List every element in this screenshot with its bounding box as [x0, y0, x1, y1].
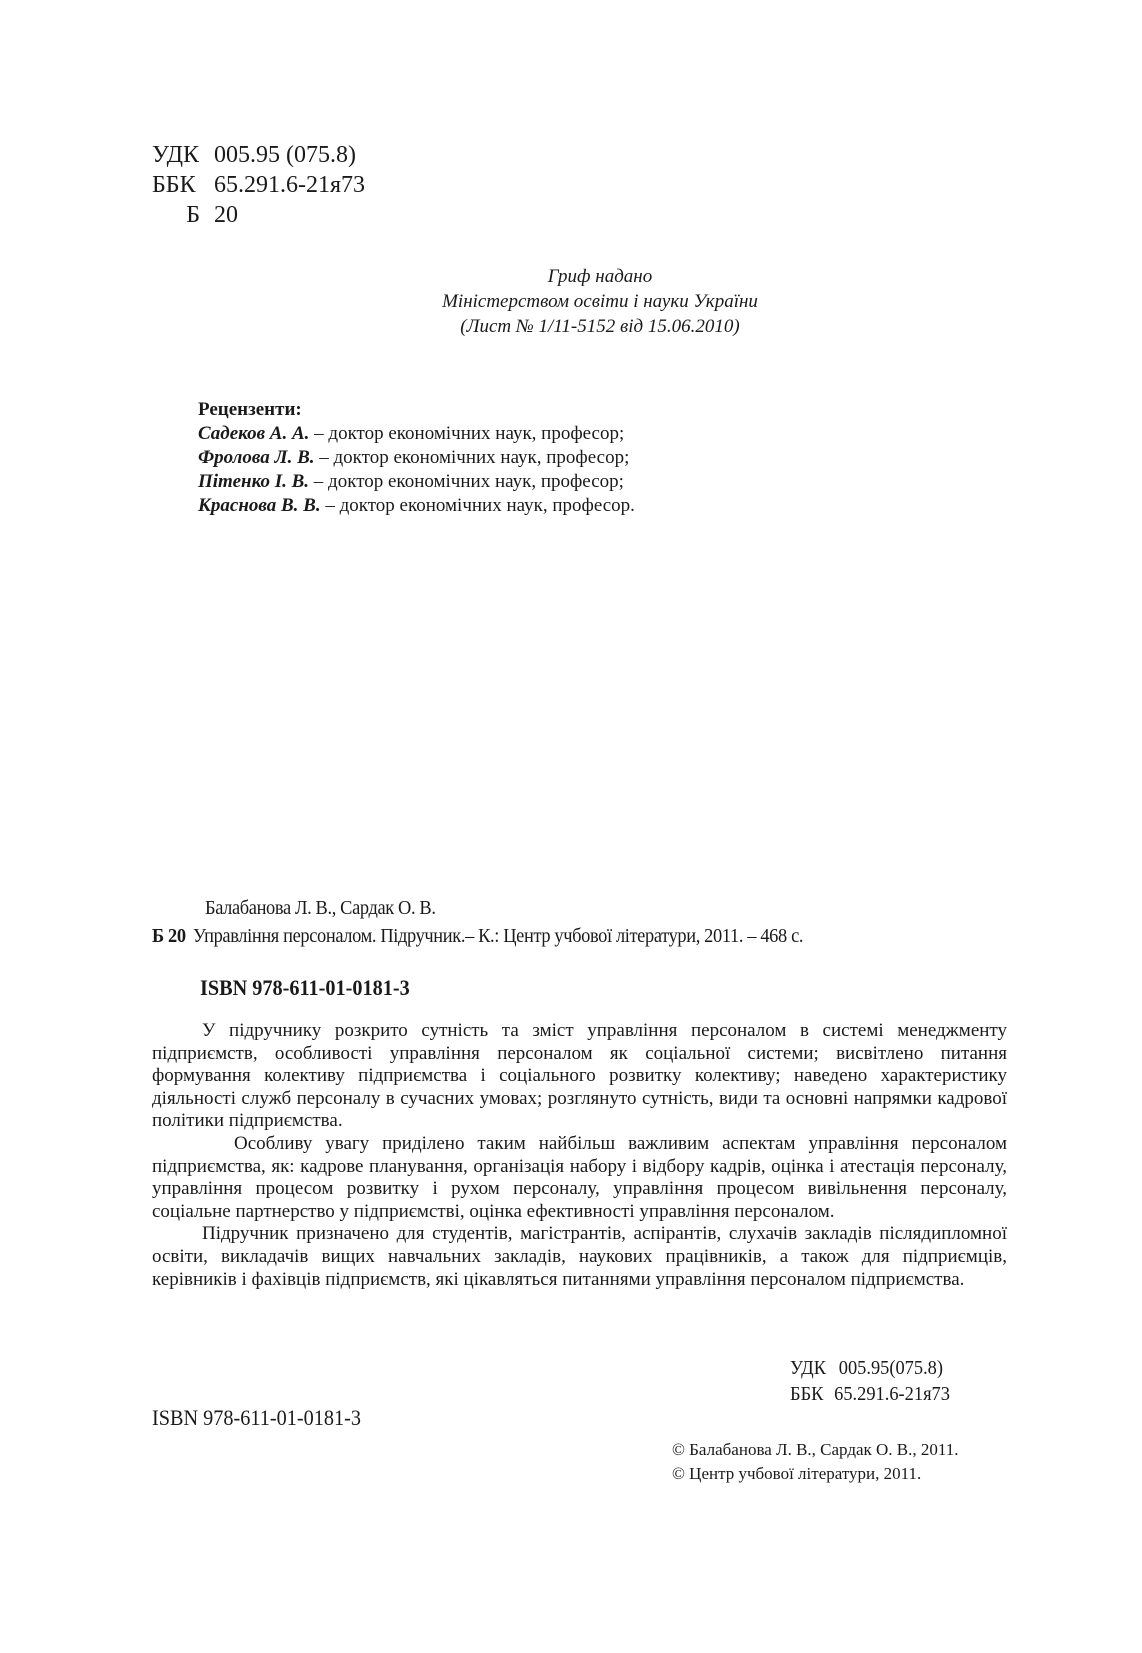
abstract: У підручнику розкрито сутність та зміст … — [152, 1020, 1007, 1291]
reviewer-item: Фролова Л. В. – доктор економічних наук,… — [198, 446, 635, 470]
reviewer-name: Пітенко І. В. — [198, 471, 309, 492]
reviewer-role: – доктор економічних наук, професор. — [321, 495, 635, 516]
footer-udk-value: 005.95(075.8) — [839, 1357, 943, 1379]
footer-isbn: ISBN 978-611-01-0181-3 — [152, 1405, 361, 1431]
footer-classification: УДК 005.95(075.8) ББК65.291.6-21я73 — [790, 1355, 950, 1407]
bbk-label: ББК — [152, 170, 214, 200]
reviewer-item: Садеков А. А. – доктор економічних наук,… — [198, 422, 635, 446]
bbk-value: 65.291.6-21я73 — [214, 170, 365, 200]
reviewer-role: – доктор економічних наук, професор; — [309, 471, 624, 492]
copyright-block: © Балабанова Л. В., Сардак О. В., 2011. … — [672, 1438, 959, 1486]
reviewer-role: – доктор економічних наук, професор; — [309, 423, 624, 444]
copyright-publisher: © Центр учбової літератури, 2011. — [672, 1462, 959, 1486]
bibliography-entry: Б 20Управління персоналом. Підручник.– К… — [152, 923, 803, 949]
ministry-approval: Гриф надано Міністерством освіти і науки… — [390, 264, 810, 339]
bibliography-sign: Б 20 — [152, 925, 186, 947]
udk-row: УДК 005.95 (075.8) — [152, 140, 365, 170]
grif-line-2: Міністерством освіти і науки України — [390, 289, 810, 314]
reviewer-name: Краснова В. В. — [198, 495, 321, 516]
udk-value: 005.95 (075.8) — [214, 140, 356, 170]
isbn-heading: ISBN 978-611-01-0181-3 — [200, 975, 410, 1001]
footer-bbk-value: 65.291.6-21я73 — [834, 1383, 950, 1405]
author-sign-number: 20 — [214, 200, 238, 230]
reviewers-block: Рецензенти: Садеков А. А. – доктор еконо… — [198, 398, 635, 518]
reviewer-item: Пітенко І. В. – доктор економічних наук,… — [198, 470, 635, 494]
author-sign-letter: Б — [152, 200, 214, 230]
grif-line-3: (Лист № 1/11-5152 від 15.06.2010) — [390, 314, 810, 339]
copyright-authors: © Балабанова Л. В., Сардак О. В., 2011. — [672, 1438, 959, 1462]
reviewer-name: Садеков А. А. — [198, 423, 309, 444]
grif-line-1: Гриф надано — [390, 264, 810, 289]
reviewer-name: Фролова Л. В. — [198, 447, 315, 468]
bbk-row: ББК 65.291.6-21я73 — [152, 170, 365, 200]
abstract-paragraph: Підручник призначено для студентів, магі… — [152, 1223, 1007, 1291]
abstract-paragraph: У підручнику розкрито сутність та зміст … — [152, 1020, 1007, 1133]
reviewer-role: – доктор економічних наук, професор; — [315, 447, 630, 468]
footer-udk-row: УДК 005.95(075.8) — [790, 1355, 950, 1381]
abstract-paragraph: Особливу увагу приділено таким найбільш … — [152, 1133, 1007, 1223]
classification-block: УДК 005.95 (075.8) ББК 65.291.6-21я73 Б … — [152, 140, 365, 230]
udk-label: УДК — [152, 140, 214, 170]
bibliography-authors: Балабанова Л. В., Сардак О. В. — [205, 895, 436, 921]
footer-bbk-row: ББК65.291.6-21я73 — [790, 1381, 950, 1407]
footer-udk-label: УДК — [790, 1355, 834, 1381]
author-sign-row: Б 20 — [152, 200, 365, 230]
bibliography-description: Управління персоналом. Підручник.– К.: Ц… — [193, 925, 803, 947]
footer-bbk-label: ББК — [790, 1381, 834, 1407]
reviewer-item: Краснова В. В. – доктор економічних наук… — [198, 494, 635, 518]
reviewers-heading: Рецензенти: — [198, 398, 635, 422]
